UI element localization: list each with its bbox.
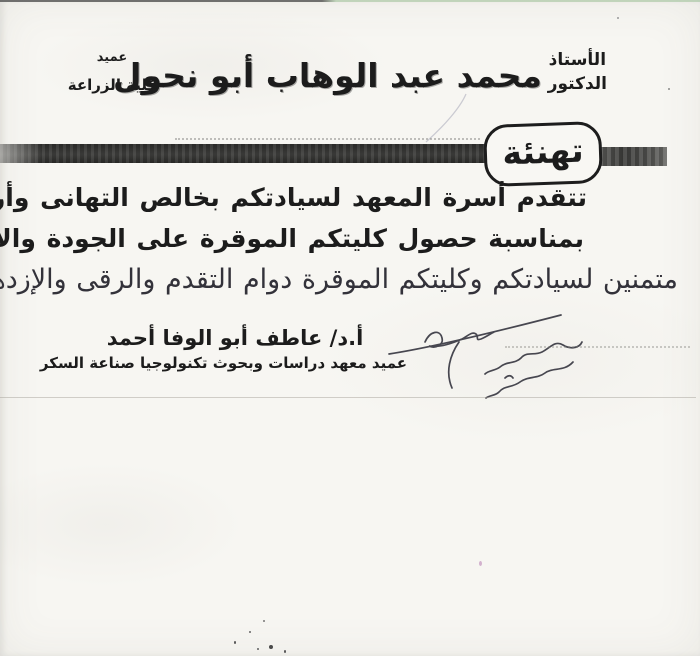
signatory-title: عميد معهد دراسات وبحوث تكنولوجيا صناعة ا… [52, 354, 407, 372]
scan-speck [668, 88, 670, 90]
scan-dash-artifact-right [505, 346, 690, 348]
body-line-3: متمنين لسيادتكم وكليتكم الموقرة دوام الت… [0, 264, 678, 295]
body-line-2: بمناسبة حصول كليتكم الموقرة على الجودة و… [0, 224, 584, 253]
signatory-name: أ.د/ عاطف أبو الوفا أحمد [100, 326, 370, 350]
scan-speck [263, 620, 265, 622]
scan-dash-artifact [175, 138, 480, 140]
professor-title-line2: الدكتور [548, 72, 607, 96]
scan-fold-line [0, 397, 696, 398]
scan-speck [284, 650, 286, 653]
professor-title-line1: الأستاذ [548, 48, 607, 72]
body-line-1: تتقدم أسرة المعهد لسيادتكم بخالص التهانى… [0, 183, 587, 212]
scanned-letter-page: الأستاذ الدكتور محمد عبد الوهاب أبو نحول… [0, 0, 700, 656]
professor-title: الأستاذ الدكتور [548, 48, 607, 96]
handwritten-signature [385, 300, 600, 400]
faint-pen-stroke [420, 92, 480, 144]
scan-speck-purple [479, 561, 482, 566]
banner-title: تهنئة [502, 130, 585, 178]
banner-bar-right [599, 147, 667, 166]
scan-top-edge [0, 0, 700, 2]
scan-speck [269, 645, 273, 649]
dean-word: عميد [66, 50, 158, 65]
banner-title-box: تهنئة [483, 121, 603, 187]
professor-name: محمد عبد الوهاب أبو نحول [113, 56, 542, 95]
scan-speck [249, 631, 251, 633]
scan-speck [257, 648, 259, 650]
banner-bar-left [0, 144, 487, 163]
faculty-word: كلية الزراعة [66, 76, 158, 94]
dean-of-agriculture-label: عميد كلية الزراعة [66, 50, 158, 94]
scan-speck [617, 17, 619, 19]
scan-speck [234, 641, 236, 644]
